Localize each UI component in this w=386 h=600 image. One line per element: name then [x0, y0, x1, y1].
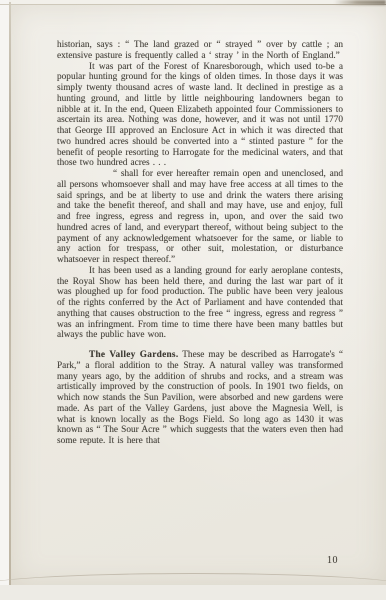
paragraph: historian, says : “ The land grazed or “… — [57, 40, 343, 62]
paragraph: “ shall for ever hereafter remain open a… — [57, 169, 343, 266]
scan-left-margin — [0, 0, 9, 586]
paragraph: It has been used as a landing ground for… — [57, 266, 343, 341]
page-number: 10 — [327, 555, 338, 566]
scanned-page: historian, says : “ The land grazed or “… — [0, 0, 386, 600]
paragraph: The Valley Gardens. These may be describ… — [57, 350, 343, 447]
page-bottom-edge — [0, 573, 386, 596]
text-block: historian, says : “ The land grazed or “… — [57, 40, 343, 447]
scan-corner-smudge — [334, 0, 386, 5]
page-top-edge — [0, 4, 386, 5]
paragraph-lead: The Valley Gardens. — [89, 350, 178, 360]
paragraph: It was part of the Forest of Knaresborou… — [57, 62, 343, 170]
